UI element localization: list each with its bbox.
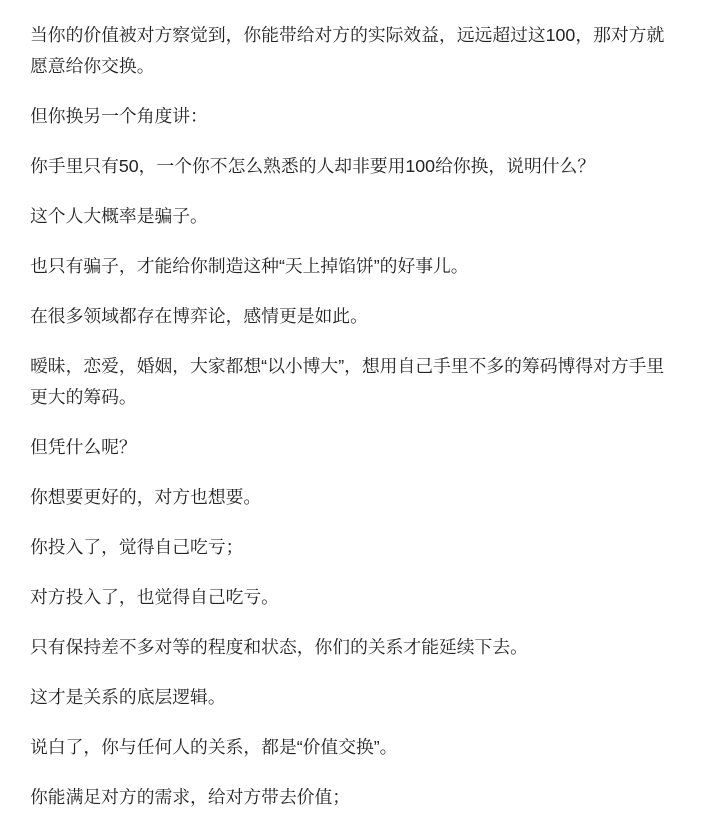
paragraph: 在很多领域都存在博弈论，感情更是如此。 xyxy=(30,301,678,332)
paragraph: 你想要更好的，对方也想要。 xyxy=(30,482,678,513)
paragraph: 暧昧，恋爱，婚姻，大家都想“以小博大”，想用自己手里不多的筹码博得对方手里更大的… xyxy=(30,351,678,413)
paragraph: 但凭什么呢？ xyxy=(30,432,678,463)
paragraph: 这才是关系的底层逻辑。 xyxy=(30,682,678,713)
paragraph: 也只有骗子，才能给你制造这种“天上掉馅饼”的好事儿。 xyxy=(30,251,678,282)
paragraph: 你手里只有50，一个你不怎么熟悉的人却非要用100给你换，说明什么？ xyxy=(30,151,678,182)
paragraph: 但你换另一个角度讲： xyxy=(30,101,678,132)
paragraph: 你投入了，觉得自己吃亏； xyxy=(30,532,678,563)
paragraph: 这个人大概率是骗子。 xyxy=(30,201,678,232)
paragraph: 当你的价值被对方察觉到，你能带给对方的实际效益，远远超过这100，那对方就愿意给… xyxy=(30,20,678,82)
paragraph: 你能满足对方的需求，给对方带去价值； xyxy=(30,782,678,813)
paragraph: 对方投入了，也觉得自己吃亏。 xyxy=(30,582,678,613)
paragraph: 说白了，你与任何人的关系，都是“价值交换”。 xyxy=(30,732,678,763)
paragraph: 只有保持差不多对等的程度和状态，你们的关系才能延续下去。 xyxy=(30,632,678,663)
article-page: 当你的价值被对方察觉到，你能带给对方的实际效益，远远超过这100，那对方就愿意给… xyxy=(0,0,710,815)
